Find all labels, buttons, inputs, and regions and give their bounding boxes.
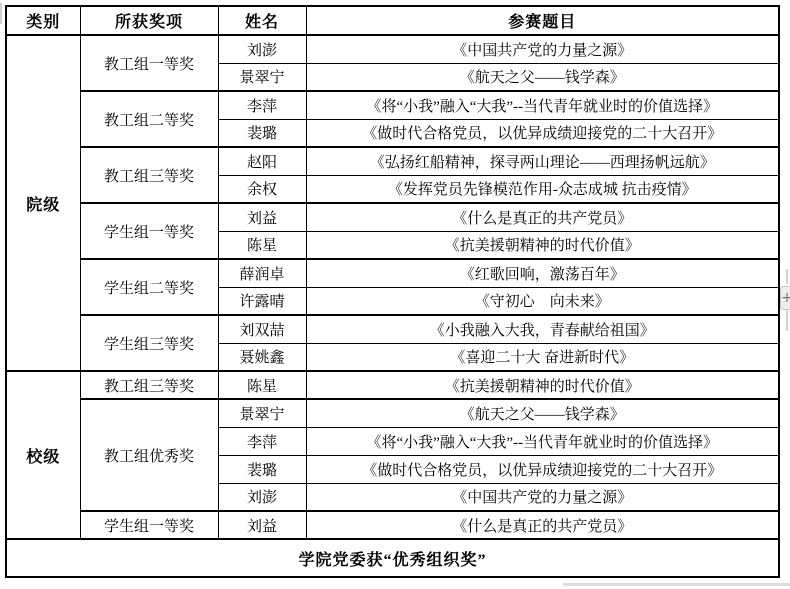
award-cell: 学生组三等奖 [80, 315, 218, 371]
awards-table-body: 院级教工组一等奖刘澎《中国共产党的力量之源》景翠宁《航天之父——钱学森》教工组二… [6, 35, 779, 539]
name-cell: 景翠宁 [218, 63, 306, 91]
name-cell: 许露晴 [218, 287, 306, 315]
name-cell: 聂姚鑫 [218, 343, 306, 371]
award-cell: 学生组一等奖 [80, 203, 218, 259]
award-cell: 教工组一等奖 [80, 35, 218, 91]
table-row: 校级教工组三等奖陈星《抗美援朝精神的时代价值》 [6, 371, 779, 399]
name-cell: 陈星 [218, 371, 306, 399]
name-cell: 裴璐 [218, 119, 306, 147]
add-column-button[interactable]: + [780, 286, 790, 310]
title-cell: 《做时代合格党员，以优异成绩迎接党的二十大召开》 [306, 455, 779, 483]
name-cell: 刘澎 [218, 483, 306, 511]
header-category: 类别 [6, 6, 80, 35]
table-row: 学生组三等奖刘双喆《小我融入大我，青春献给祖国》 [6, 315, 779, 343]
title-cell: 《将“小我”融入“大我”--当代青年就业时的价值选择》 [306, 427, 779, 455]
name-cell: 李萍 [218, 91, 306, 119]
award-cell: 教工组三等奖 [80, 371, 218, 399]
title-cell: 《将“小我”融入“大我”--当代青年就业时的价值选择》 [306, 91, 779, 119]
header-award: 所获奖项 [80, 6, 218, 35]
name-cell: 余权 [218, 175, 306, 203]
table-row: 教工组二等奖李萍《将“小我”融入“大我”--当代青年就业时的价值选择》 [6, 91, 779, 119]
category-cell: 校级 [6, 371, 80, 539]
title-cell: 《什么是真正的共产党员》 [306, 203, 779, 231]
category-cell: 院级 [6, 35, 80, 371]
table-row: 学生组二等奖薛润卓《红歌回响，激荡百年》 [6, 259, 779, 287]
table-row: 教工组三等奖赵阳《弘扬红船精神，探寻两山理论——西理扬帆远航》 [6, 147, 779, 175]
title-cell: 《什么是真正的共产党员》 [306, 511, 779, 539]
name-cell: 陈星 [218, 231, 306, 259]
name-cell: 赵阳 [218, 147, 306, 175]
title-cell: 《中国共产党的力量之源》 [306, 35, 779, 63]
title-cell: 《抗美援朝精神的时代价值》 [306, 231, 779, 259]
awards-table: 类别 所获奖项 姓名 参赛题目 院级教工组一等奖刘澎《中国共产党的力量之源》景翠… [5, 5, 780, 578]
name-cell: 刘澎 [218, 35, 306, 63]
left-edge-fragment [0, 3, 2, 24]
horizontal-scrollbar[interactable] [563, 583, 790, 586]
award-cell: 教工组二等奖 [80, 91, 218, 147]
award-cell: 学生组一等奖 [80, 511, 218, 539]
title-cell: 《喜迎二十大 奋进新时代》 [306, 343, 779, 371]
name-cell: 李萍 [218, 427, 306, 455]
column-highlight-track-top [786, 269, 788, 284]
column-highlight-track-bottom [786, 307, 788, 331]
title-cell: 《小我融入大我，青春献给祖国》 [306, 315, 779, 343]
footer-row: 学院党委获“优秀组织奖” [6, 539, 779, 577]
header-topic: 参赛题目 [306, 6, 779, 35]
table-row: 教工组优秀奖景翠宁《航天之父——钱学森》 [6, 399, 779, 427]
footer-note: 学院党委获“优秀组织奖” [6, 539, 779, 577]
title-cell: 《做时代合格党员，以优异成绩迎接党的二十大召开》 [306, 119, 779, 147]
name-cell: 薛润卓 [218, 259, 306, 287]
table-row: 学生组一等奖刘益《什么是真正的共产党员》 [6, 203, 779, 231]
award-cell: 教工组三等奖 [80, 147, 218, 203]
title-cell: 《发挥党员先锋模范作用-众志成城 抗击疫情》 [306, 175, 779, 203]
title-cell: 《红歌回响，激荡百年》 [306, 259, 779, 287]
name-cell: 刘益 [218, 203, 306, 231]
award-cell: 学生组二等奖 [80, 259, 218, 315]
name-cell: 景翠宁 [218, 399, 306, 427]
name-cell: 刘益 [218, 511, 306, 539]
title-cell: 《航天之父——钱学森》 [306, 399, 779, 427]
title-cell: 《抗美援朝精神的时代价值》 [306, 371, 779, 399]
title-cell: 《弘扬红船精神，探寻两山理论——西理扬帆远航》 [306, 147, 779, 175]
name-cell: 刘双喆 [218, 315, 306, 343]
award-cell: 教工组优秀奖 [80, 399, 218, 511]
title-cell: 《航天之父——钱学森》 [306, 63, 779, 91]
table-row: 院级教工组一等奖刘澎《中国共产党的力量之源》 [6, 35, 779, 63]
header-row: 类别 所获奖项 姓名 参赛题目 [6, 6, 779, 35]
header-name: 姓名 [218, 6, 306, 35]
table-row: 学生组一等奖刘益《什么是真正的共产党员》 [6, 511, 779, 539]
name-cell: 裴璐 [218, 455, 306, 483]
title-cell: 《守初心 向未来》 [306, 287, 779, 315]
title-cell: 《中国共产党的力量之源》 [306, 483, 779, 511]
